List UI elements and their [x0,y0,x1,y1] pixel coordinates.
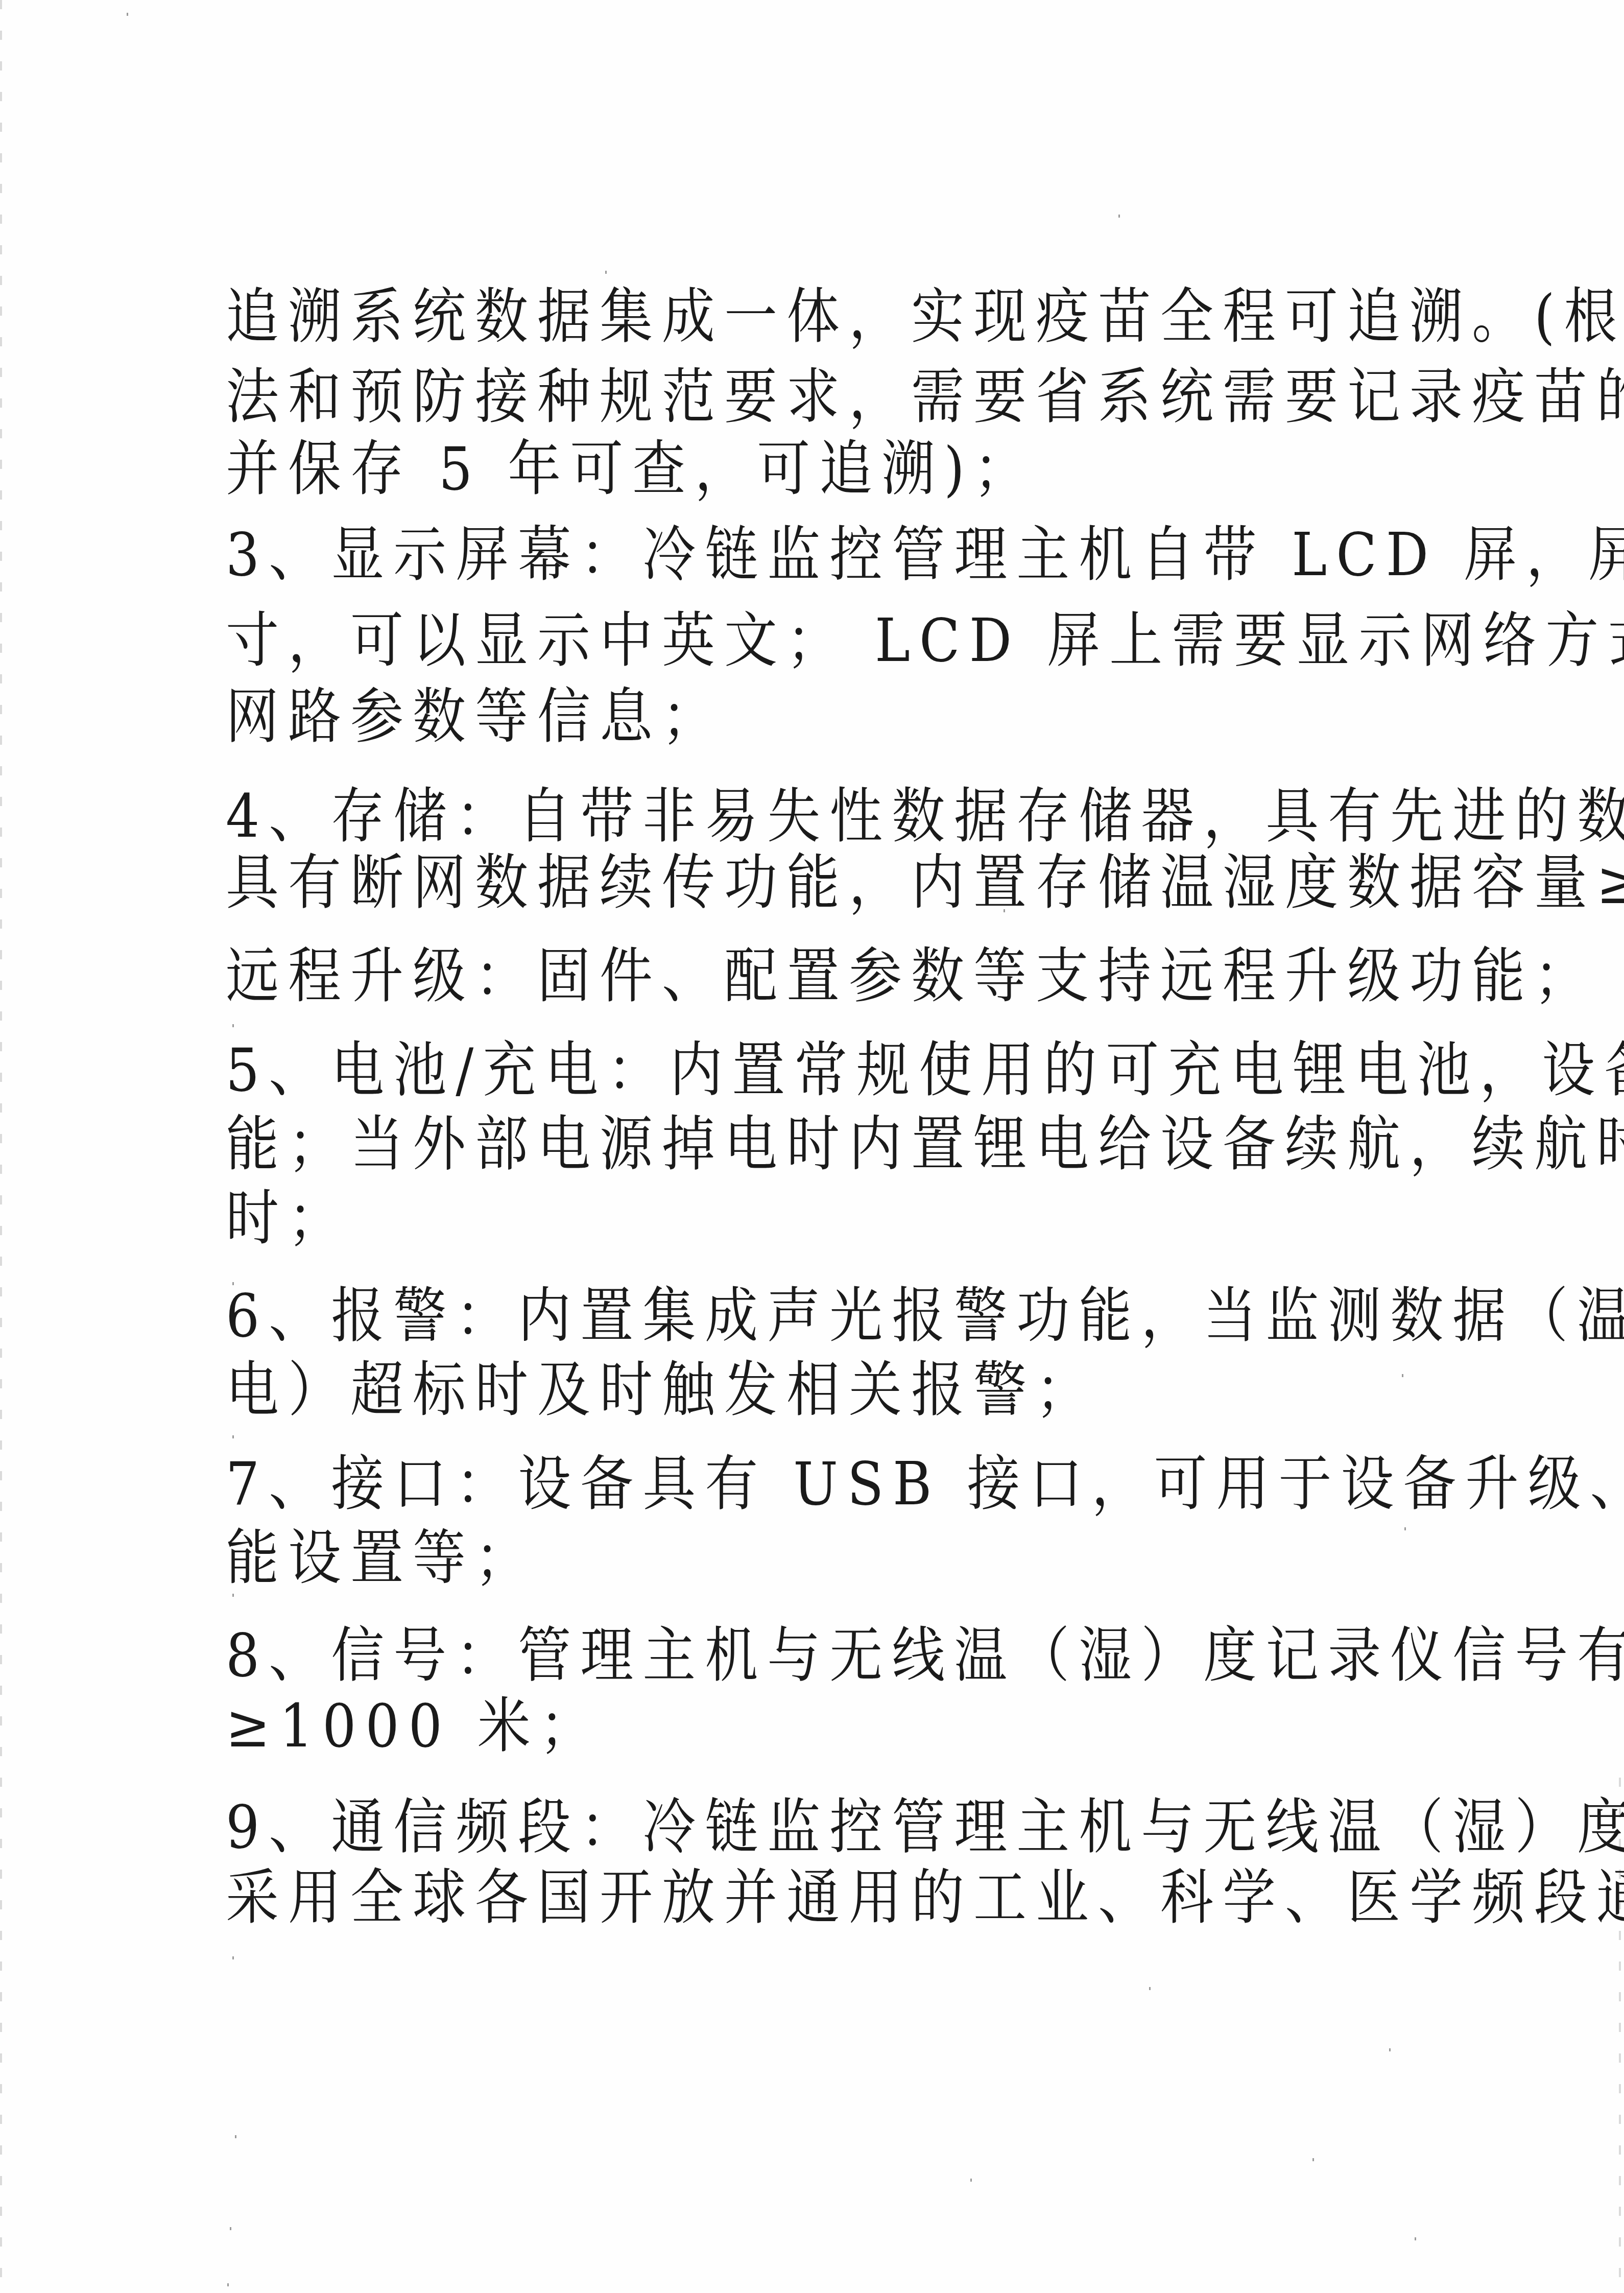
scan-speck [1312,2158,1314,2161]
scan-speck [232,1282,234,1285]
text-line: 远程升级：固件、配置参数等支持远程升级功能； [226,939,1596,1013]
text-line: 5、电池/充电：内置常规使用的可充电锂电池，设备自带充电功 [226,1033,1624,1107]
text-line: 8、信号：管理主机与无线温（湿）度记录仪信号有效覆盖范围 [226,1618,1624,1693]
scan-speck [235,2135,236,2138]
scan-speck [1402,1374,1403,1377]
text-line: 电）超标时及时触发相关报警； [226,1353,1098,1427]
text-line: 追溯系统数据集成一体，实现疫苗全程可追溯。(根据疫苗管理 [226,279,1624,354]
text-line: 能设置等； [226,1521,537,1595]
scan-speck [232,1594,234,1597]
text-line: 网路参数等信息； [226,679,724,754]
scan-speck [227,2283,229,2286]
scanned-document-page: 追溯系统数据集成一体，实现疫苗全程可追溯。(根据疫苗管理 法和预防接种规范要求，… [0,0,1624,2293]
scan-speck [1404,1527,1406,1530]
text-line: 6、报警：内置集成声光报警功能，当监测数据（温度/湿度/断 [226,1279,1624,1353]
scan-speck [970,2179,972,2182]
scan-speck [1118,215,1120,218]
scan-speck [232,1956,234,1959]
text-line: 采用全球各国开放并通用的工业、科学、医学频段通信。 [226,1860,1624,1935]
text-line: 法和预防接种规范要求，需要省系统需要记录疫苗的温度记录， [226,360,1624,434]
scan-speck [232,1024,234,1027]
text-line: 寸，可以显示中英文； LCD 屏上需要显示网络方式、连接状态、 [226,603,1624,678]
scan-speck [605,271,607,274]
text-line: 7、接口：设备具有 USB 接口，可用于设备升级、充电、设备功 [226,1447,1624,1521]
text-line: 并保存 5 年可查，可追溯)； [226,432,1036,506]
text-line: 时； [226,1181,350,1256]
scan-edge-left [0,0,2,2293]
scan-speck [1004,909,1005,912]
text-line: ≥1000 米； [226,1689,602,1763]
scan-speck [1415,2237,1416,2240]
scan-speck [232,1435,234,1438]
text-line: 9、通信频段：冷链监控管理主机与无线温（湿）度记录仪之间 [226,1790,1624,1864]
scan-speck [1389,2048,1391,2051]
text-line: 3、显示屏幕：冷链监控管理主机自带 LCD 屏，屏幕尺寸≥3.5 [226,517,1624,592]
scan-speck [230,2227,231,2230]
scan-speck [1149,1987,1151,1990]
text-line: 具有断网数据续传功能，内置存储温湿度数据容量≥10 万条 [226,845,1624,920]
scan-speck [127,13,128,16]
text-line: 能；当外部电源掉电时内置锂电给设备续航，续航时间≥12 小 [226,1107,1624,1181]
text-line: 4、存储：自带非易失性数据存储器，具有先进的数据缓存算法， [226,779,1624,854]
